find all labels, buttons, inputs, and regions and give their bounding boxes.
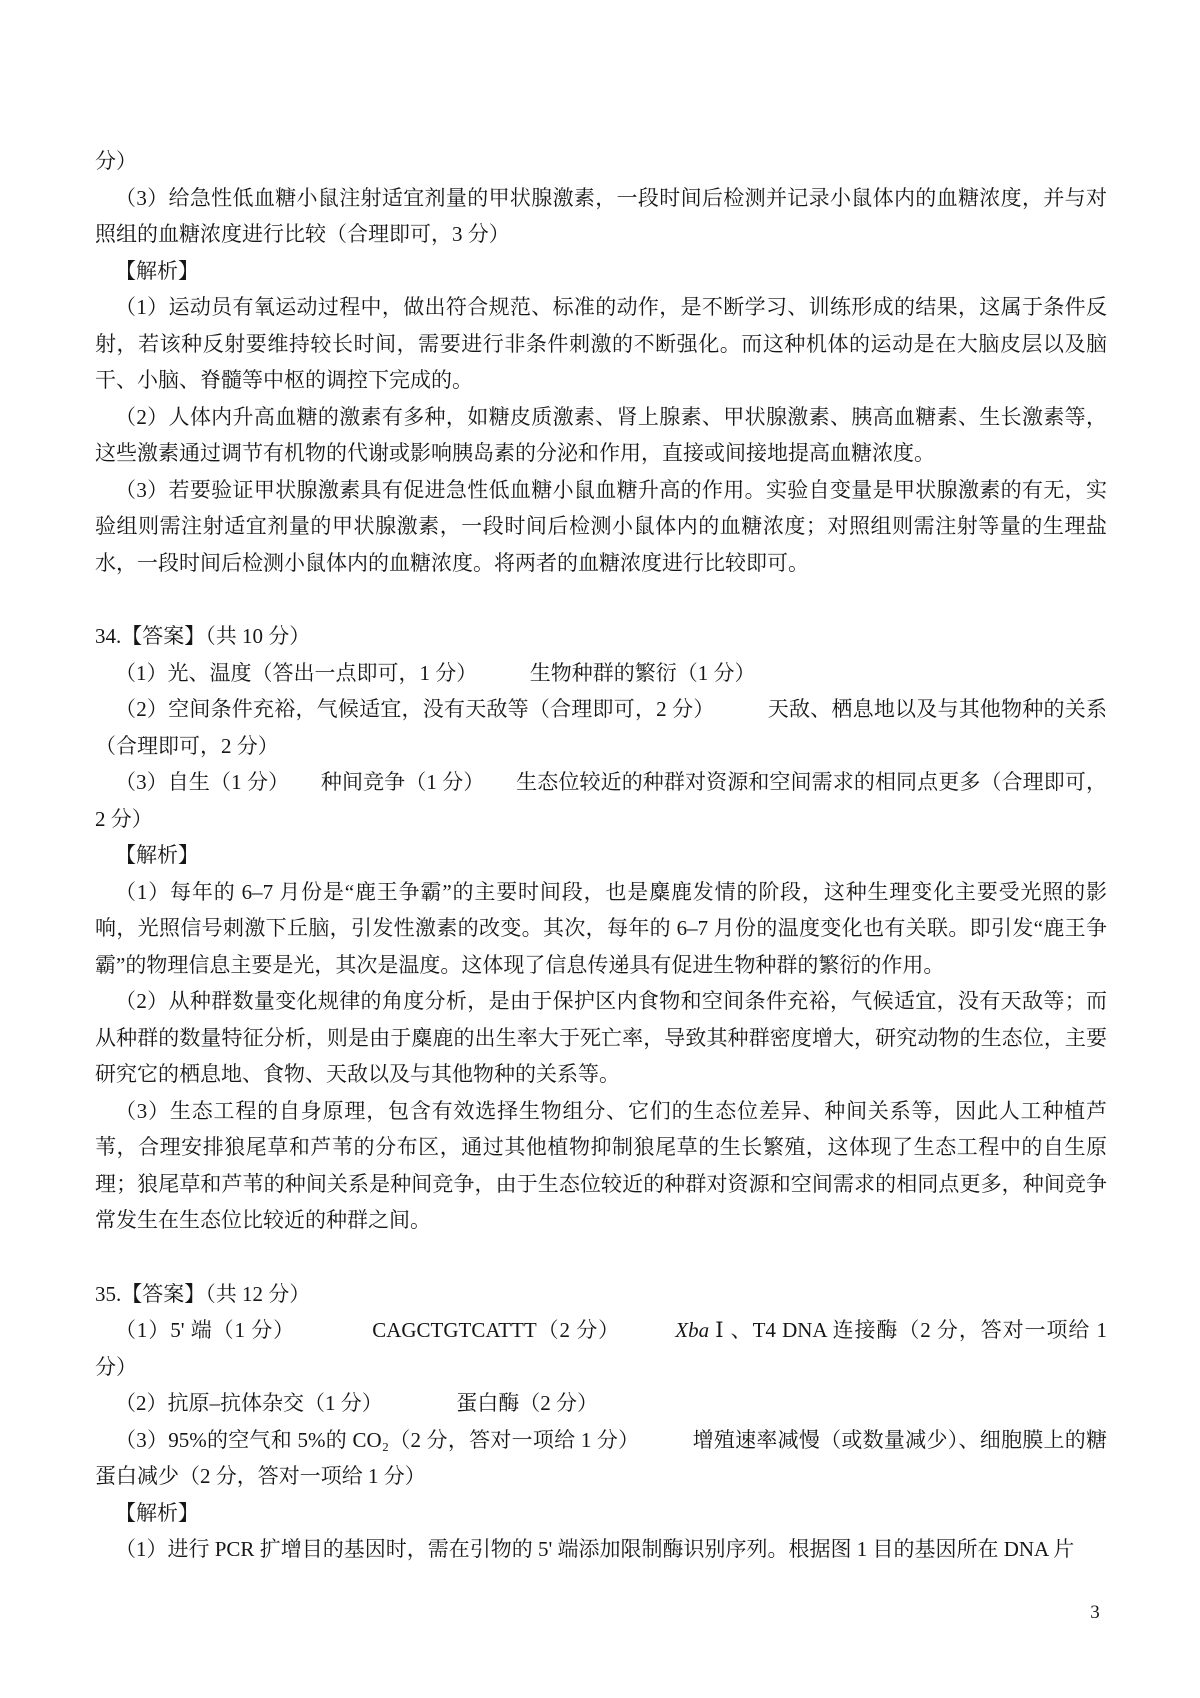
q34-heading: 34.【答案】（共 10 分） (95, 618, 1107, 655)
q35-answer-3: （3）95%的空气和 5%的 CO₂（2 分，答对一项给 1 分） 增殖速率减慢… (95, 1422, 1107, 1495)
text-run: 【解析】 (115, 843, 199, 867)
q33-analysis-2: （2）人体内升高血糖的激素有多种，如糖皮质激素、肾上腺素、甲状腺激素、胰高血糖素… (95, 399, 1107, 472)
text-run: （1）每年的 6–7 月份是“鹿王争霸”的主要时间段，也是麋鹿发情的阶段，这种生… (95, 880, 1107, 977)
text-run: 分） (95, 149, 137, 173)
italic-text-run: Xba (675, 1318, 709, 1342)
q35-heading: 35.【答案】（共 12 分） (95, 1276, 1107, 1313)
q35-answer-2: （2）抗原–抗体杂交（1 分） 蛋白酶（2 分） (95, 1385, 1107, 1422)
page-number: 3 (1080, 1598, 1110, 1628)
text-run: （2）空间条件充裕，气候适宜，没有天敌等（合理即可，2 分） 天敌、栖息地以及与… (95, 697, 1107, 758)
text-run: （1）光、温度（答出一点即可，1 分） 生物种群的繁衍（1 分） (115, 661, 756, 685)
q33-answer-tail: 分） (95, 143, 1107, 180)
q34-answer-1: （1）光、温度（答出一点即可，1 分） 生物种群的繁衍（1 分） (95, 655, 1107, 692)
text-run: （3）给急性低血糖小鼠注射适宜剂量的甲状腺激素，一段时间后检测并记录小鼠体内的血… (95, 186, 1107, 247)
q34-analysis-2: （2）从种群数量变化规律的角度分析，是由于保护区内食物和空间条件充裕，气候适宜，… (95, 983, 1107, 1093)
text-run: （1）运动员有氧运动过程中，做出符合规范、标准的动作，是不断学习、训练形成的结果… (95, 295, 1107, 392)
text-run: （1）5' 端（1 分） CAGCTGTCATTT（2 分） (115, 1318, 675, 1342)
q35-answer-1: （1）5' 端（1 分） CAGCTGTCATTT（2 分） Xba Ⅰ 、T4… (95, 1312, 1107, 1385)
q34-analysis-heading: 【解析】 (95, 837, 1107, 874)
text-run: （3）自生（1 分） 种间竞争（1 分） 生态位较近的种群对资源和空间需求的相同… (95, 770, 1107, 831)
q35-analysis-heading: 【解析】 (95, 1495, 1107, 1532)
text-run: （2）人体内升高血糖的激素有多种，如糖皮质激素、肾上腺素、甲状腺激素、胰高血糖素… (95, 405, 1107, 466)
q34-analysis-1: （1）每年的 6–7 月份是“鹿王争霸”的主要时间段，也是麋鹿发情的阶段，这种生… (95, 874, 1107, 984)
text-run: （2）抗原–抗体杂交（1 分） 蛋白酶（2 分） (115, 1391, 598, 1415)
text-run: （1）进行 PCR 扩增目的基因时，需在引物的 5' 端添加限制酶识别序列。根据… (115, 1537, 1074, 1561)
q34-analysis-3: （3）生态工程的自身原理，包含有效选择生物组分、它们的生态位差异、种间关系等，因… (95, 1093, 1107, 1239)
text-run: 【解析】 (115, 259, 199, 283)
document-page: 分）（3）给急性低血糖小鼠注射适宜剂量的甲状腺激素，一段时间后检测并记录小鼠体内… (0, 0, 1200, 1698)
text-run: 35.【答案】（共 12 分） (95, 1282, 310, 1306)
text-run: 【解析】 (115, 1501, 199, 1525)
text-run: （3）若要验证甲状腺激素具有促进急性低血糖小鼠血糖升高的作用。实验自变量是甲状腺… (95, 478, 1107, 575)
answer-key-text: 分）（3）给急性低血糖小鼠注射适宜剂量的甲状腺激素，一段时间后检测并记录小鼠体内… (95, 143, 1107, 1568)
q33-analysis-1: （1）运动员有氧运动过程中，做出符合规范、标准的动作，是不断学习、训练形成的结果… (95, 289, 1107, 399)
text-run: 34.【答案】（共 10 分） (95, 624, 310, 648)
text-run: （2）从种群数量变化规律的角度分析，是由于保护区内食物和空间条件充裕，气候适宜，… (95, 989, 1107, 1086)
q34-answer-2: （2）空间条件充裕，气候适宜，没有天敌等（合理即可，2 分） 天敌、栖息地以及与… (95, 691, 1107, 764)
q33-analysis-heading: 【解析】 (95, 253, 1107, 290)
text-run: （3）95%的空气和 5%的 CO₂（2 分，答对一项给 1 分） 增殖速率减慢… (95, 1428, 1107, 1489)
q34-answer-3: （3）自生（1 分） 种间竞争（1 分） 生态位较近的种群对资源和空间需求的相同… (95, 764, 1107, 837)
text-run: （3）生态工程的自身原理，包含有效选择生物组分、它们的生态位差异、种间关系等，因… (95, 1099, 1107, 1233)
q35-analysis-1: （1）进行 PCR 扩增目的基因时，需在引物的 5' 端添加限制酶识别序列。根据… (95, 1531, 1107, 1568)
q33-analysis-3: （3）若要验证甲状腺激素具有促进急性低血糖小鼠血糖升高的作用。实验自变量是甲状腺… (95, 472, 1107, 582)
q33-answer-3: （3）给急性低血糖小鼠注射适宜剂量的甲状腺激素，一段时间后检测并记录小鼠体内的血… (95, 180, 1107, 253)
